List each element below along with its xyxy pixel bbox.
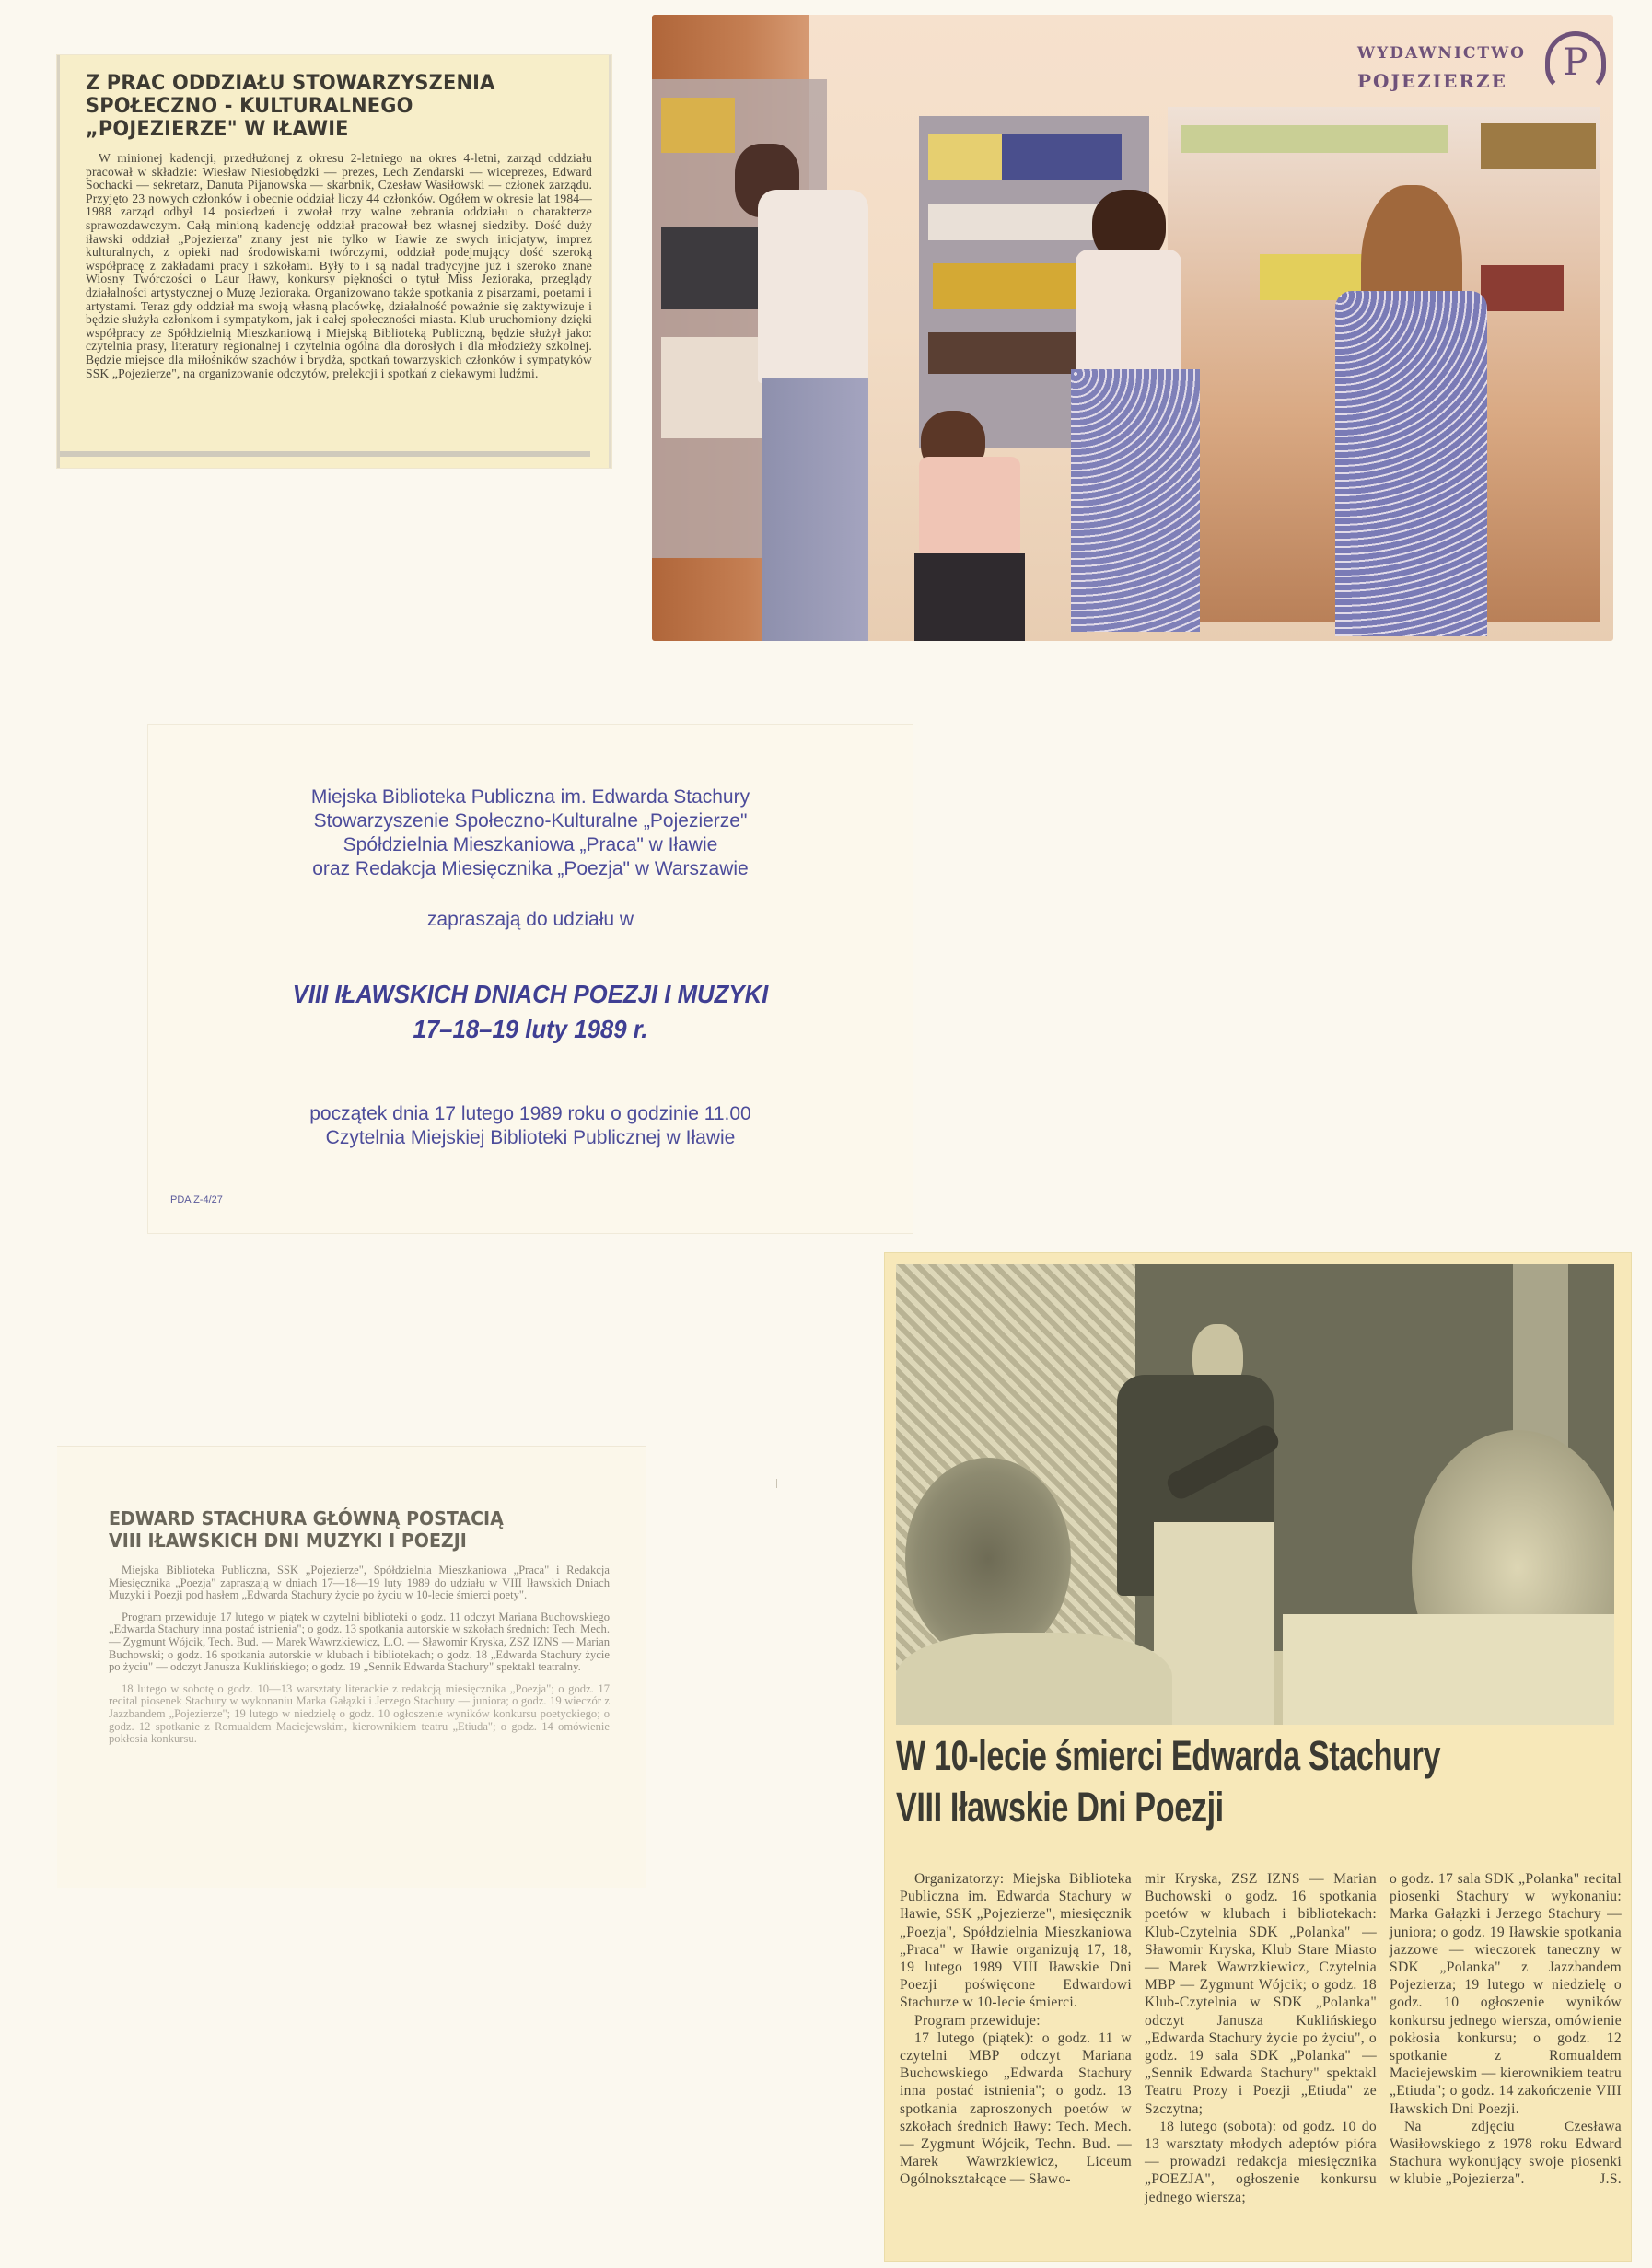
paragraph: Miejska Biblioteka Publiczna, SSK „Pojez…: [109, 1564, 610, 1602]
person-dress: [1335, 291, 1487, 636]
organizers: Miejska Biblioteka Publiczna im. Edwarda…: [148, 785, 913, 881]
venue-line: Czytelnia Miejskiej Biblioteki Publiczne…: [148, 1126, 913, 1150]
publisher-logo-icon: P: [1545, 31, 1606, 92]
event-dates: 17–18–19 luty 1989 r.: [179, 1012, 882, 1047]
paragraph: 18 lutego w sobotę o godz. 10—13 warszta…: [109, 1683, 610, 1746]
invites-text: zapraszają do udziału w: [148, 909, 913, 931]
book: [928, 134, 1002, 180]
paragraph: mir Kryska, ZSZ IZNS — Marian Buchowski …: [1145, 1870, 1377, 2118]
headline-line: Z PRAC ODDZIAŁU STOWARZYSZENIA: [86, 72, 567, 95]
paragraph: Program przewiduje:: [900, 2012, 1132, 2030]
sign-line: WYDAWNICTWO: [1357, 44, 1526, 63]
paragraph: Na zdjęciu Czesława Wasiłowskiego z 1978…: [1390, 2118, 1622, 2189]
clipping-stachura-main-figure: EDWARD STACHURA GŁÓWNĄ POSTACIĄ VIII IŁA…: [57, 1446, 646, 1888]
headline-line: VIII IŁAWSKICH DNI MUZYKI I POEZJI: [109, 1529, 585, 1552]
person-shirt: [758, 190, 868, 383]
headline-line: „POJEZIERZE" W IŁAWIE: [86, 118, 567, 141]
article-columns: Organizatorzy: Miejska Biblioteka Public…: [900, 1870, 1622, 2206]
event-title: VIII IŁAWSKICH DNIACH POEZJI I MUZYKI 17…: [179, 977, 882, 1047]
article-column: o godz. 17 sala SDK „Polanka" recital pi…: [1390, 1870, 1622, 2206]
clipping-headline: EDWARD STACHURA GŁÓWNĄ POSTACIĄ VIII IŁA…: [109, 1507, 585, 1552]
audience-head-left: [905, 1458, 1071, 1660]
book: [1481, 265, 1564, 311]
clipping-headline: Z PRAC ODDZIAŁU STOWARZYSZENIA SPOŁECZNO…: [86, 72, 567, 141]
event-details: początek dnia 17 lutego 1989 roku o godz…: [148, 1102, 913, 1150]
book: [1002, 134, 1122, 180]
headline-line: SPOŁECZNO - KULTURALNEGO: [86, 95, 567, 118]
article-column: mir Kryska, ZSZ IZNS — Marian Buchowski …: [1145, 1870, 1377, 2206]
headline-line: W 10-lecie śmierci Edwarda Stachury: [896, 1730, 1448, 1782]
start-line: początek dnia 17 lutego 1989 roku o godz…: [148, 1102, 913, 1126]
book: [661, 98, 735, 153]
book: [928, 204, 1112, 240]
event-name: VIII IŁAWSKICH DNIACH POEZJI I MUZYKI: [179, 977, 882, 1012]
clipping-headline: W 10-lecie śmierci Edwarda Stachury VIII…: [896, 1730, 1448, 1833]
audience-foreground: [1283, 1614, 1614, 1725]
person-skirt: [914, 553, 1025, 641]
person-skirt: [1071, 369, 1200, 632]
book: [1181, 125, 1448, 153]
print-code: PDA Z-4/27: [170, 1194, 223, 1205]
paragraph: 18 lutego (sobota): od godz. 10 do 13 wa…: [1145, 2118, 1377, 2206]
paragraph: 17 lutego (piątek): o godz. 11 w czyteln…: [900, 2030, 1132, 2189]
clipping-stachura-anniversary: W 10-lecie śmierci Edwarda Stachury VIII…: [884, 1252, 1632, 2262]
publisher-sign: WYDAWNICTWO POJEZIERZE P: [1357, 37, 1606, 110]
person-jeans: [762, 378, 868, 641]
paragraph: o godz. 17 sala SDK „Polanka" recital pi…: [1390, 1870, 1622, 2118]
person-shirt: [1076, 250, 1181, 378]
headline-line: VIII Iławskie Dni Poezji: [896, 1782, 1448, 1833]
pencil-mark: [776, 1479, 782, 1488]
signature: J.S.: [1585, 2170, 1622, 2188]
divider: [60, 451, 590, 457]
invitation-card: Miejska Biblioteka Publiczna im. Edwarda…: [147, 724, 913, 1234]
paragraph: Organizatorzy: Miejska Biblioteka Public…: [900, 1870, 1132, 2012]
organizer-line: Stowarzyszenie Społeczno-Kulturalne „Poj…: [148, 809, 913, 833]
clipping-body: Miejska Biblioteka Publiczna, SSK „Pojez…: [109, 1564, 610, 1746]
clipping-body: W minionej kadencji, przedłużonej z okre…: [86, 152, 592, 380]
organizer-line: Spółdzielnia Mieszkaniowa „Praca" w Iław…: [148, 833, 913, 857]
paragraph: Program przewiduje 17 lutego w piątek w …: [109, 1611, 610, 1674]
photo-bookstand: WYDAWNICTWO POJEZIERZE P: [652, 15, 1613, 641]
audience-shoulder: [896, 1633, 1172, 1725]
person-shirt: [919, 457, 1020, 558]
book: [928, 332, 1099, 374]
photo-stachura-guitar: [896, 1264, 1614, 1725]
clipping-pojezierze-report: Z PRAC ODDZIAŁU STOWARZYSZENIA SPOŁECZNO…: [57, 55, 611, 468]
book: [1481, 123, 1596, 169]
sign-line: POJEZIERZE: [1357, 70, 1507, 92]
article-column: Organizatorzy: Miejska Biblioteka Public…: [900, 1870, 1132, 2206]
organizer-line: oraz Redakcja Miesięcznika „Poezja" w Wa…: [148, 857, 913, 881]
organizer-line: Miejska Biblioteka Publiczna im. Edwarda…: [148, 785, 913, 809]
headline-line: EDWARD STACHURA GŁÓWNĄ POSTACIĄ: [109, 1507, 585, 1529]
